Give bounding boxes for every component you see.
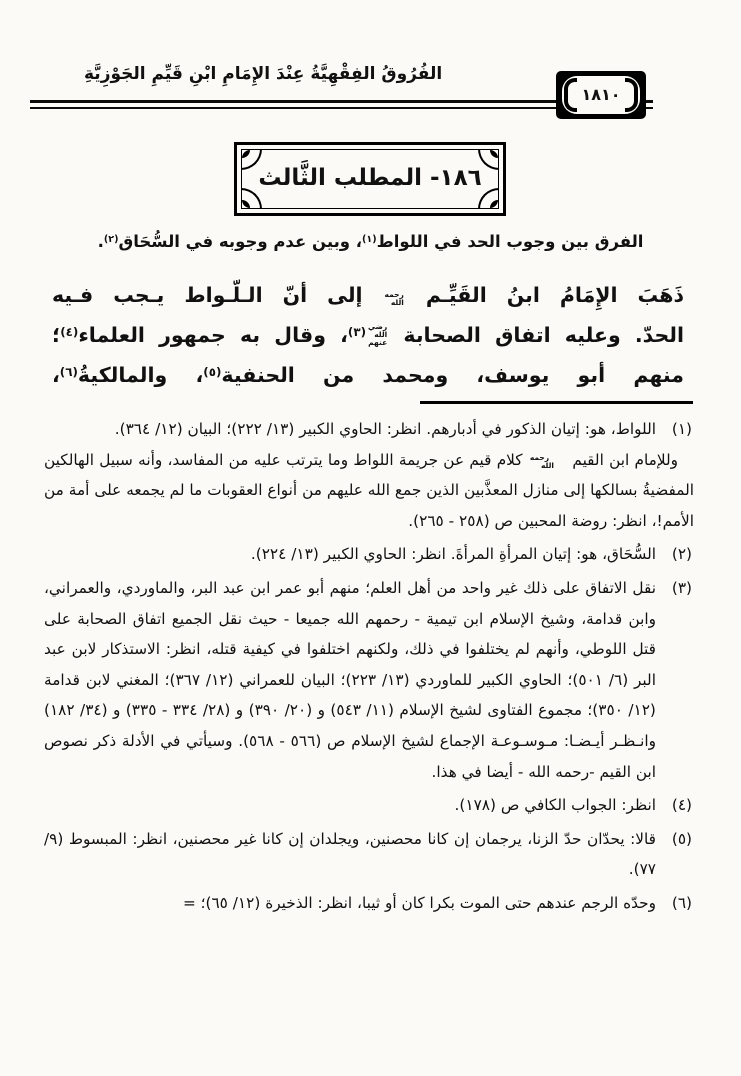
footnote-text: نقل الاتفاق على ذلك غير واحد من أهل العل… xyxy=(44,573,656,787)
text-run: انظر: الجواب الكافي ص (١٧٨). xyxy=(455,796,656,814)
text-run: نقل الاتفاق على ذلك غير واحد من أهل العل… xyxy=(44,579,656,781)
footnote-ref: (٤) xyxy=(60,325,78,339)
text-run: ، xyxy=(52,363,60,387)
text-run: ، وبين عدم وجوبه في السُّحَاق xyxy=(118,232,362,251)
text-run: وحدّه الرجم عندهم حتى الموت بكرا كان أو … xyxy=(183,894,656,912)
footnote-marker: (٤) xyxy=(672,790,692,821)
footnote-ref: (٥) xyxy=(203,365,221,379)
text-run: ؛ xyxy=(52,323,60,347)
body-paragraph: ذَهَبَ الإِمَامُ ابنُ القَيِّـم رحمهالله… xyxy=(52,276,684,396)
footnote-subparagraph: وللإمام ابن القيم رحمهالله كلام قيم عن ج… xyxy=(44,445,694,537)
footnote-ref: (٢) xyxy=(104,234,119,245)
text-run: السُّحَاق، هو: إتيان المرأةِ المرأةَ. ان… xyxy=(251,545,656,563)
footnote: (٦) وحدّه الرجم عندهم حتى الموت بكرا كان… xyxy=(44,888,694,919)
footnote-marker: (٦) xyxy=(672,888,692,919)
text-run: الفرق بين وجوب الحد في اللواط xyxy=(377,232,644,251)
footnote-text: قالا: يحدّان حدّ الزنا، يرجمان إن كانا م… xyxy=(44,824,656,885)
footnote-ref: (٦) xyxy=(60,365,78,379)
footnote-ref: (٣) xyxy=(348,325,366,339)
text-run: إلى أنّ الـلّـواط يـجب فـيه xyxy=(52,283,383,307)
page-number-cartouche: ١٨١٠ xyxy=(556,71,646,119)
footnote-marker: (٥) xyxy=(672,824,692,855)
scanned-book-page: الفُرُوقُ الفِقْهِيَّةُ عِنْدَ الإِمَامِ… xyxy=(0,0,741,1076)
footnote: (٣) نقل الاتفاق على ذلك غير واحد من أهل … xyxy=(44,573,694,787)
section-heading-box: ١٨٦- المطلب الثَّالث xyxy=(234,142,506,216)
text-run: منهم أبو يوسف، ومحمد من الحنفية xyxy=(221,363,684,387)
footnote: (٥) قالا: يحدّان حدّ الزنا، يرجمان إن كا… xyxy=(44,824,694,885)
text-run: وللإمام ابن القيم xyxy=(567,451,678,469)
section-heading: ١٨٦- المطلب الثَّالث xyxy=(258,165,481,194)
text-run: ، والمالكيةُ xyxy=(78,363,203,387)
bracket-ornament-right xyxy=(625,78,638,112)
honorific-symbol: رحمهالله xyxy=(530,454,565,470)
honorific-symbol: رحمهالله xyxy=(385,291,404,307)
book-title: الفُرُوقُ الفِقْهِيَّةُ عِنْدَ الإِمَامِ… xyxy=(84,64,442,84)
footnote-text: اللواط، هو: إتيان الذكور في أدبارهم. انظ… xyxy=(44,414,656,445)
footnote: (٢) السُّحَاق، هو: إتيان المرأةِ المرأةَ… xyxy=(44,539,694,570)
page-number: ١٨١٠ xyxy=(580,87,621,103)
footnote-marker: (٣) xyxy=(672,573,692,604)
text-run: قالا: يحدّان حدّ الزنا، يرجمان إن كانا م… xyxy=(44,830,656,879)
footnote: (٤) انظر: الجواب الكافي ص (١٧٨). xyxy=(44,790,694,821)
text-run: اللواط، هو: إتيان الذكور في أدبارهم. انظ… xyxy=(115,420,656,438)
text-run: الحدّ. وعليه اتفاق الصحابة xyxy=(389,323,684,347)
footnote-marker: (١) xyxy=(672,414,692,445)
honorific-symbol: رضياللهعنهم xyxy=(368,323,387,347)
footnote-ref: (١) xyxy=(362,234,377,245)
footnote-text: وحدّه الرجم عندهم حتى الموت بكرا كان أو … xyxy=(44,888,656,919)
bracket-ornament-left xyxy=(564,78,577,112)
footnote-text: انظر: الجواب الكافي ص (١٧٨). xyxy=(44,790,656,821)
page-number-frame: ١٨١٠ xyxy=(562,76,640,114)
text-run: ذَهَبَ الإِمَامُ ابنُ القَيِّـم xyxy=(406,283,684,307)
section-heading-frame: ١٨٦- المطلب الثَّالث xyxy=(241,149,499,209)
footnote-marker: (٢) xyxy=(672,539,692,570)
footnote-text: السُّحَاق، هو: إتيان المرأةِ المرأةَ. ان… xyxy=(44,539,656,570)
footnotes: (١) اللواط، هو: إتيان الذكور في أدبارهم.… xyxy=(44,414,694,922)
footnote-separator xyxy=(420,401,693,404)
subtitle: الفرق بين وجوب الحد في اللواط(١)، وبين ع… xyxy=(40,232,701,251)
footnote: (١) اللواط، هو: إتيان الذكور في أدبارهم.… xyxy=(44,414,694,536)
text-run: ، وقال به جمهور العلماء xyxy=(78,323,348,347)
